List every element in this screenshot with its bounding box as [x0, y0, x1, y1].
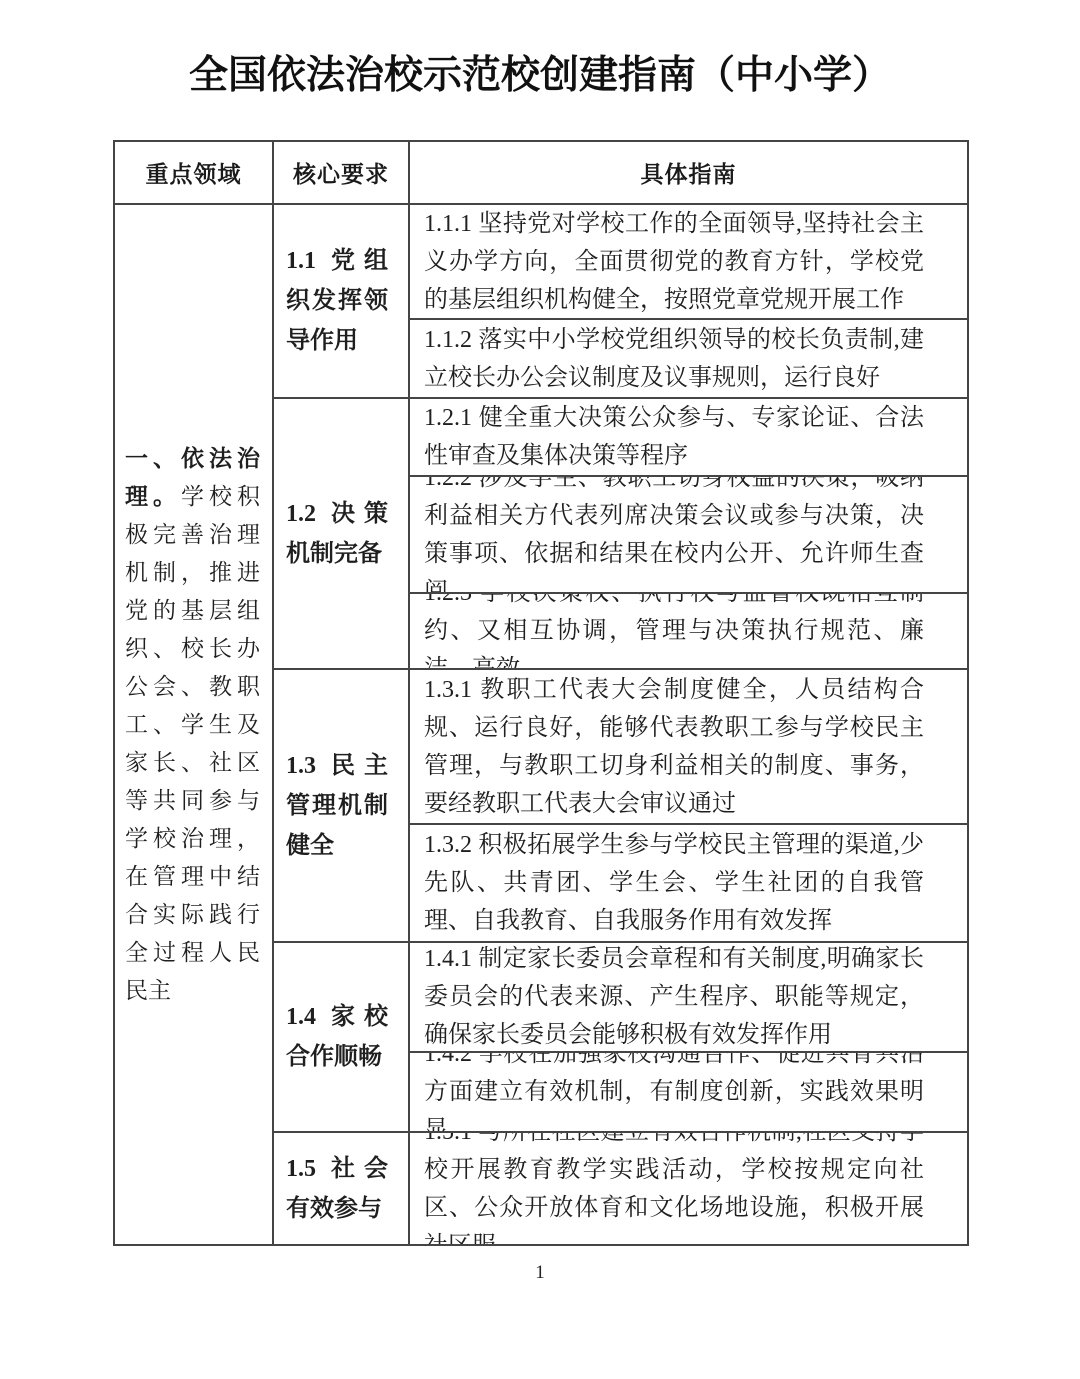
- guideline-text: 1.1.1 坚持党对学校工作的全面领导,坚持社会主义办学方向，全面贯彻党的教育方…: [424, 205, 924, 318]
- guideline-cell-1-3-1: 1.3.1 教职工代表大会制度健全，人员结构合规、运行良好，能够代表教职工参与学…: [409, 669, 968, 824]
- guideline-text: 1.4.2 学校在加强家校沟通合作、促进共育共治方面建立有效机制，有制度创新，实…: [424, 1053, 924, 1131]
- guideline-cell-1-4-2: 1.4.2 学校在加强家校沟通合作、促进共育共治方面建立有效机制，有制度创新，实…: [409, 1052, 968, 1132]
- header-specific-guideline: 具体指南: [409, 141, 968, 204]
- header-core-requirement: 核心要求: [273, 141, 409, 204]
- guideline-cell-1-3-2: 1.3.2 积极拓展学生参与学校民主管理的渠道,少先队、共青团、学生会、学生社团…: [409, 824, 968, 942]
- requirement-cell-1-2: 1.2 决策机制完备: [273, 398, 409, 669]
- requirement-cell-1-3: 1.3 民主管理机制健全: [273, 669, 409, 942]
- table-row: 一、依法治理。学校积极完善治理机制，推进党的基层组织、校长办公会、教职工、学生及…: [114, 204, 968, 319]
- guideline-cell-1-5-1: 1.5.1 与所在社区建立有效合作机制,社区支持学校开展教育教学实践活动，学校按…: [409, 1132, 968, 1245]
- page-number: 1: [0, 1262, 1080, 1284]
- requirement-text: 1.1 党组织发挥领导作用: [286, 241, 388, 361]
- guideline-text: 1.3.2 积极拓展学生参与学校民主管理的渠道,少先队、共青团、学生会、学生社团…: [424, 826, 924, 940]
- guideline-cell-1-1-1: 1.1.1 坚持党对学校工作的全面领导,坚持社会主义办学方向，全面贯彻党的教育方…: [409, 204, 968, 319]
- requirement-text: 1.2 决策机制完备: [286, 494, 388, 574]
- guideline-text: 1.1.2 落实中小学校党组织领导的校长负责制,建立校长办公会议制度及议事规则，…: [424, 321, 924, 397]
- guideline-cell-1-2-3: 1.2.3 学校决策权、执行权与监督权既相互制约、又相互协调，管理与决策执行规范…: [409, 593, 968, 669]
- guideline-table: 重点领域 核心要求 具体指南 一、依法治理。学校积极完善治理机制，推进党的基层组…: [113, 140, 969, 1246]
- requirement-text: 1.4 家校合作顺畅: [286, 997, 388, 1077]
- guideline-text: 1.2.1 健全重大决策公众参与、专家论证、合法性审查及集体决策等程序: [424, 399, 924, 475]
- requirement-text: 1.3 民主管理机制健全: [286, 746, 388, 866]
- guideline-text: 1.2.3 学校决策权、执行权与监督权既相互制约、又相互协调，管理与决策执行规范…: [424, 594, 924, 668]
- key-area-cell: 一、依法治理。学校积极完善治理机制，推进党的基层组织、校长办公会、教职工、学生及…: [114, 204, 273, 1245]
- guideline-text: 1.2.2 涉及学生、教职工切身权益的决策，吸纳利益相关方代表列席决策会议或参与…: [424, 477, 924, 592]
- key-area-body: 学校积极完善治理机制，推进党的基层组织、校长办公会、教职工、学生及家长、社区等共…: [125, 484, 260, 1003]
- guideline-text: 1.4.1 制定家长委员会章程和有关制度,明确家长委员会的代表来源、产生程序、职…: [424, 943, 924, 1051]
- requirement-cell-1-4: 1.4 家校合作顺畅: [273, 942, 409, 1132]
- requirement-cell-1-1: 1.1 党组织发挥领导作用: [273, 204, 409, 398]
- requirement-cell-1-5: 1.5 社会有效参与: [273, 1132, 409, 1245]
- guideline-cell-1-4-1: 1.4.1 制定家长委员会章程和有关制度,明确家长委员会的代表来源、产生程序、职…: [409, 942, 968, 1052]
- guideline-cell-1-2-2: 1.2.2 涉及学生、教职工切身权益的决策，吸纳利益相关方代表列席决策会议或参与…: [409, 476, 968, 593]
- table-header-row: 重点领域 核心要求 具体指南: [114, 141, 968, 204]
- guideline-text: 1.5.1 与所在社区建立有效合作机制,社区支持学校开展教育教学实践活动，学校按…: [424, 1133, 924, 1244]
- document-title: 全国依法治校示范校创建指南（中小学）: [0, 50, 1080, 102]
- guideline-text: 1.3.1 教职工代表大会制度健全，人员结构合规、运行良好，能够代表教职工参与学…: [424, 671, 924, 823]
- requirement-text: 1.5 社会有效参与: [286, 1149, 388, 1229]
- header-key-area: 重点领域: [114, 141, 273, 204]
- guideline-cell-1-1-2: 1.1.2 落实中小学校党组织领导的校长负责制,建立校长办公会议制度及议事规则，…: [409, 319, 968, 398]
- guideline-cell-1-2-1: 1.2.1 健全重大决策公众参与、专家论证、合法性审查及集体决策等程序: [409, 398, 968, 476]
- document-page: 全国依法治校示范校创建指南（中小学） 重点领域 核心要求 具体指南 一、依法治理…: [0, 50, 1080, 1246]
